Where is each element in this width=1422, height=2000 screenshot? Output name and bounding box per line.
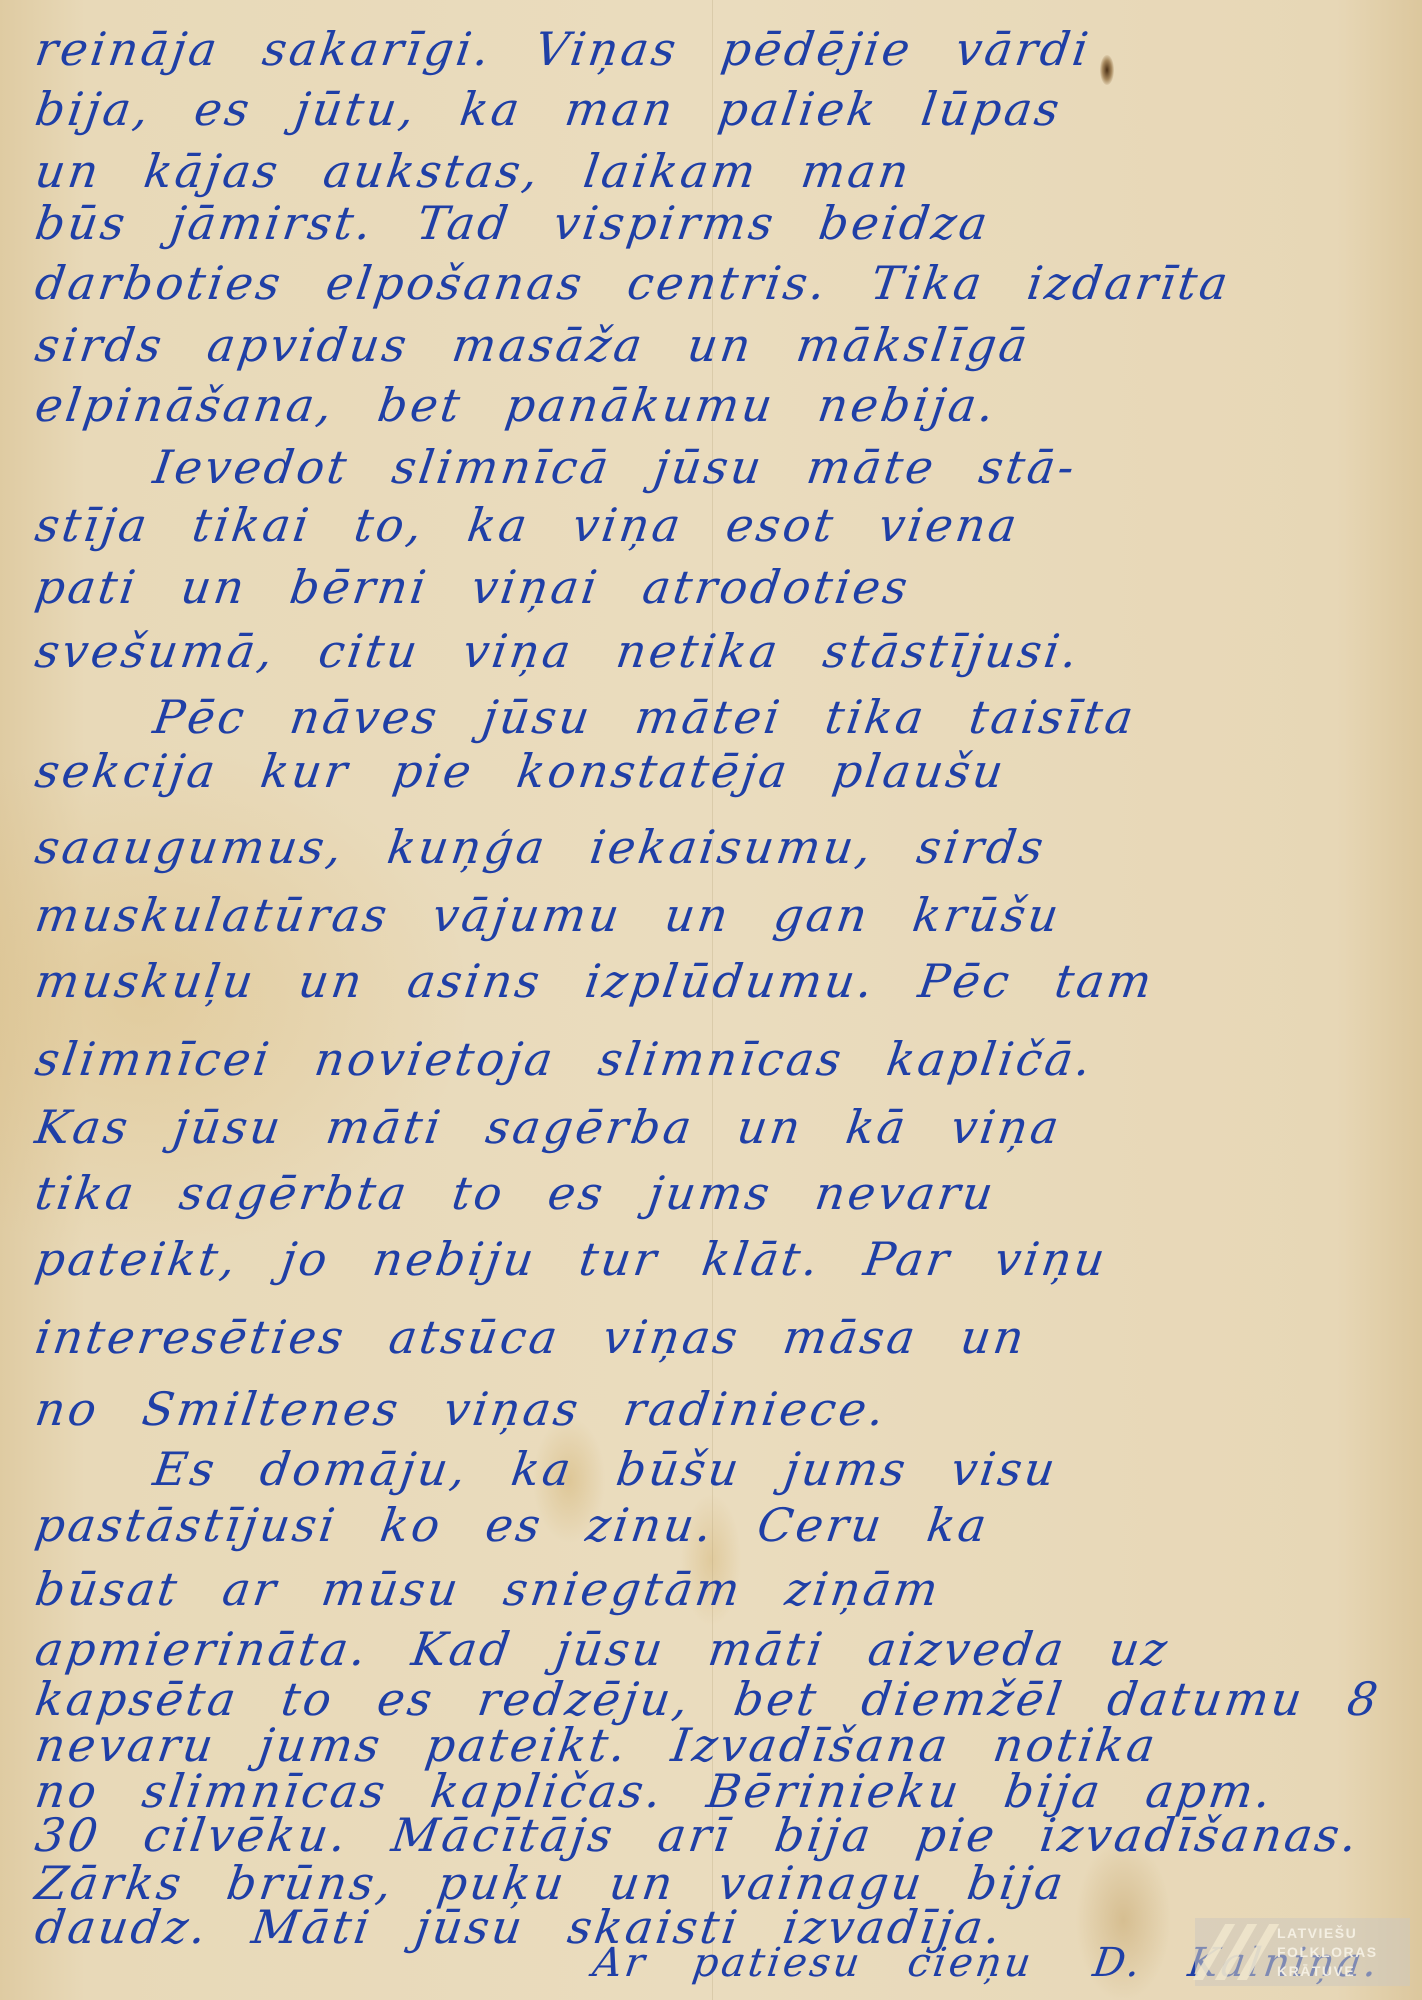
watermark-line: FOLKLORAS — [1277, 1943, 1378, 1962]
letter-line: muskuļu un asins izplūdumu. Pēc tam — [32, 954, 1410, 1008]
letter-line: un kājas aukstas, laikam man — [32, 144, 1410, 198]
letter-line: stīja tikai to, ka viņa esot viena — [32, 498, 1410, 552]
handwritten-letter: reināja sakarīgi. Viņas pēdējie vārdi bi… — [0, 0, 1422, 2000]
letter-line: būsat ar mūsu sniegtām ziņām — [32, 1562, 1410, 1616]
closing-text: Ar patiesu cieņu — [590, 1940, 1037, 1986]
letter-line: reināja sakarīgi. Viņas pēdējie vārdi — [32, 22, 1410, 76]
watermark-line: KRĀTUVE — [1277, 1962, 1378, 1981]
letter-line: darboties elpošanas centris. Tika izdarī… — [32, 256, 1410, 310]
watermark-line: LATVIEŠU — [1277, 1924, 1378, 1943]
letter-line: bija, es jūtu, ka man paliek lūpas — [32, 82, 1410, 136]
letter-line: būs jāmirst. Tad vispirms beidza — [32, 196, 1410, 250]
letter-line: 30 cilvēku. Mācītājs arī bija pie izvadī… — [32, 1808, 1410, 1862]
letter-line: sirds apvidus masāža un mākslīgā — [32, 318, 1410, 372]
letter-line: apmierināta. Kad jūsu māti aizveda uz — [32, 1622, 1410, 1676]
letter-line: Kas jūsu māti sagērba un kā viņa — [32, 1100, 1410, 1154]
letter-line: tika sagērbta to es jums nevaru — [32, 1166, 1410, 1220]
letter-line-paragraph-start: Pēc nāves jūsu mātei tika taisīta — [150, 690, 1410, 744]
letter-line: muskulatūras vājumu un gan krūšu — [32, 888, 1410, 942]
lfk-logo-icon — [1195, 1918, 1277, 1986]
letter-line: sekcija kur pie konstatēja plaušu — [32, 744, 1410, 798]
letter-line: pati un bērni viņai atrodoties — [32, 560, 1410, 614]
letter-line: slimnīcei novietoja slimnīcas kapličā. — [32, 1032, 1410, 1086]
letter-line: no Smiltenes viņas radiniece. — [32, 1382, 1410, 1436]
watermark-text: LATVIEŠU FOLKLORAS KRĀTUVE — [1277, 1924, 1378, 1981]
letter-line-paragraph-start: Ievedot slimnīcā jūsu māte stā- — [150, 440, 1410, 494]
letter-line: saaugumus, kuņģa iekaisumu, sirds — [32, 820, 1410, 874]
letter-line-paragraph-start: Es domāju, ka būšu jums visu — [150, 1442, 1410, 1496]
letter-line: pastāstījusi ko es zinu. Ceru ka — [32, 1498, 1410, 1552]
letter-line: pateikt, jo nebiju tur klāt. Par viņu — [32, 1232, 1410, 1286]
letter-line: elpināšana, bet panākumu nebija. — [32, 378, 1410, 432]
archive-watermark: LATVIEŠU FOLKLORAS KRĀTUVE — [1195, 1918, 1410, 1986]
letter-line: svešumā, citu viņa netika stāstījusi. — [32, 624, 1410, 678]
letter-line: interesēties atsūca viņas māsa un — [32, 1310, 1410, 1364]
